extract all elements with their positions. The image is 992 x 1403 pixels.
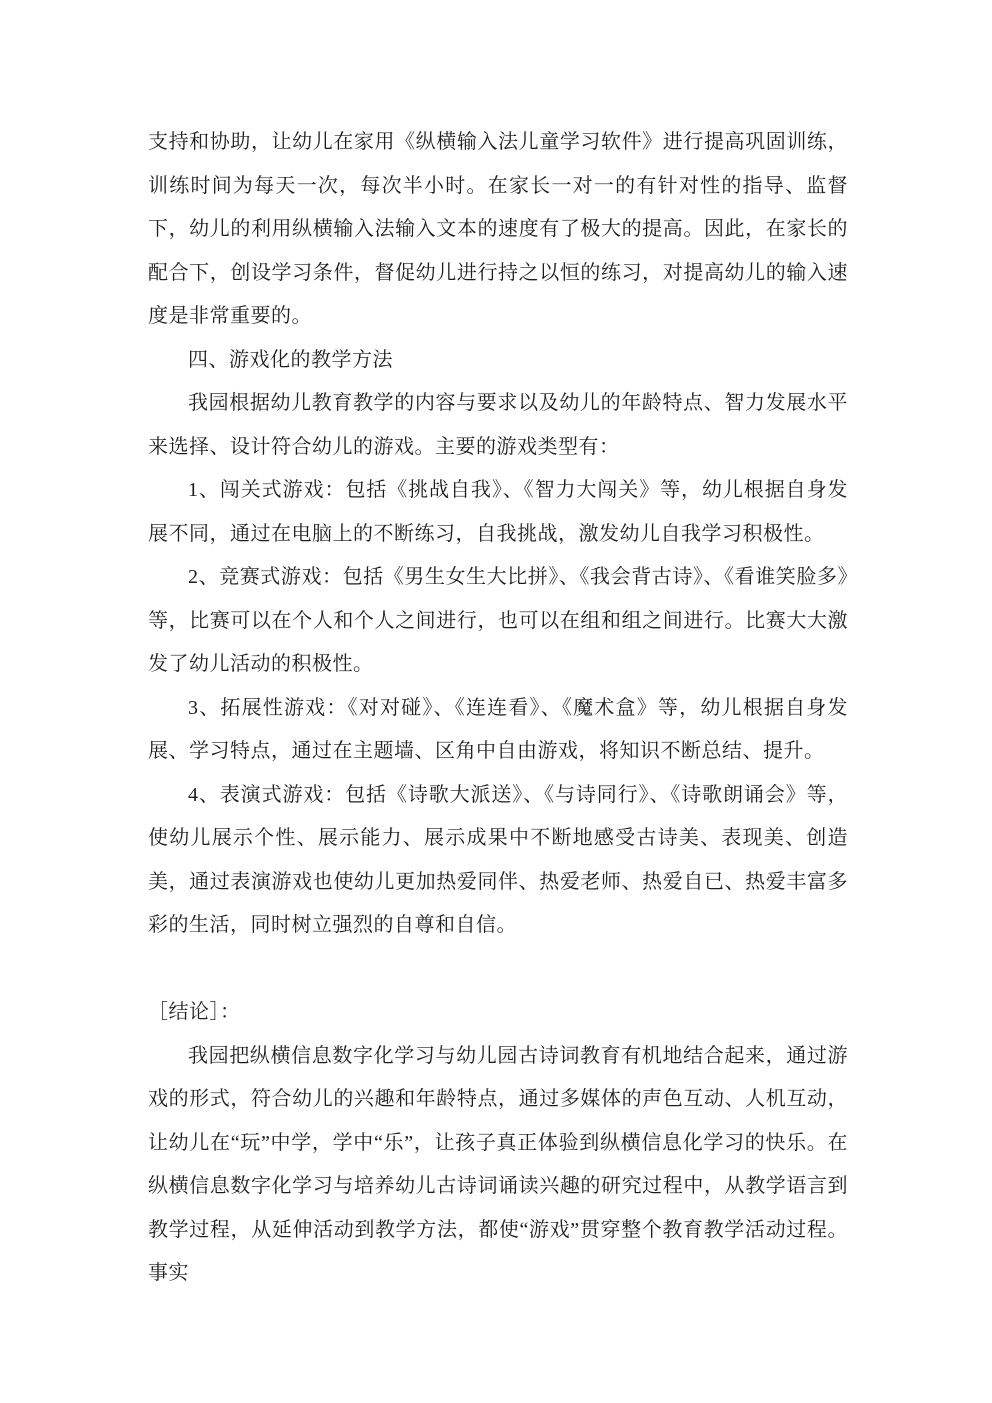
paragraph-game-type-4: 4、表演式游戏：包括《诗歌大派送》、《与诗同行》、《诗歌朗诵会》等，使幼儿展示个…	[148, 774, 848, 948]
paragraph-game-types-intro: 我园根据幼儿教育教学的内容与要求以及幼儿的年龄特点、智力发展水平来选择、设计符合…	[148, 382, 848, 469]
paragraph-game-type-1: 1、闯关式游戏：包括《挑战自我》、《智力大闯关》等，幼儿根据自身发展不同，通过在…	[148, 469, 848, 556]
document-page: 支持和协助，让幼儿在家用《纵横输入法儿童学习软件》进行提高巩固训练，训练时间为每…	[0, 0, 992, 1403]
document-text-block: 支持和协助，让幼儿在家用《纵横输入法儿童学习软件》进行提高巩固训练，训练时间为每…	[148, 121, 848, 1296]
blank-line-spacer	[148, 948, 848, 992]
paragraph-conclusion: 我园把纵横信息数字化学习与幼儿园古诗词教育有机地结合起来，通过游戏的形式，符合幼…	[148, 1035, 848, 1296]
paragraph-game-type-3: 3、拓展性游戏：《对对碰》、《连连看》、《魔术盒》等，幼儿根据自身发展、学习特点…	[148, 687, 848, 774]
paragraph-game-type-2: 2、竞赛式游戏：包括《男生女生大比拼》、《我会背古诗》、《看谁笑脸多》等，比赛可…	[148, 556, 848, 687]
paragraph-input-training: 支持和协助，让幼儿在家用《纵横输入法儿童学习软件》进行提高巩固训练，训练时间为每…	[148, 121, 848, 339]
heading-conclusion: ［结论］：	[148, 991, 848, 1035]
heading-section-four: 四、游戏化的教学方法	[148, 339, 848, 383]
